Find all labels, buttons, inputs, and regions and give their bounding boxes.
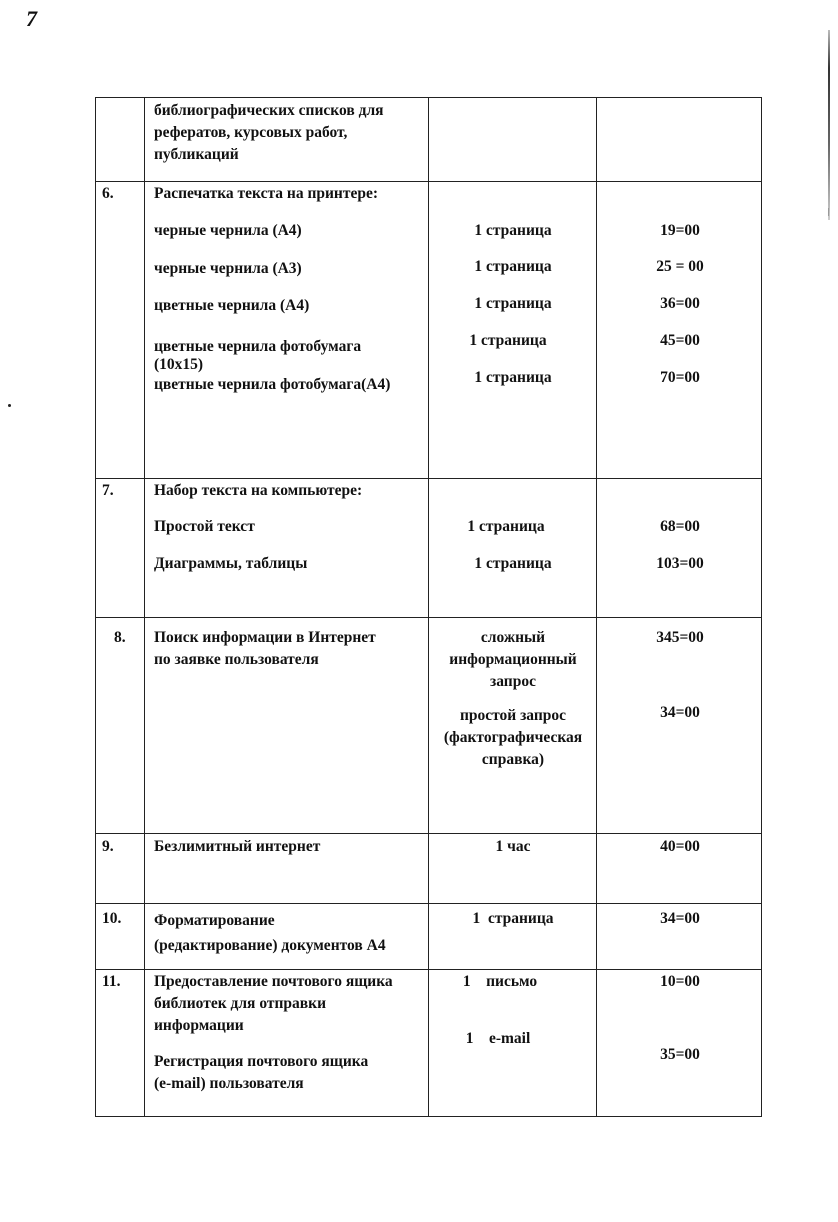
item-unit: 1 e-mail — [414, 1028, 582, 1050]
item-price: 40=00 — [597, 836, 763, 858]
row-divider — [96, 181, 761, 182]
item-desc: цветные чернила фотобумага(А4) — [154, 374, 390, 396]
table-row-continuation-desc: библиографических списков для рефератов,… — [154, 100, 384, 166]
col-divider-3 — [596, 98, 597, 1116]
page-mark: 7 — [26, 6, 37, 32]
desc-line: рефератов, курсовых работ, — [154, 122, 384, 144]
item-desc: цветные чернила фотобумага (10х15) — [154, 338, 361, 374]
item-price: 68=00 — [597, 516, 763, 538]
item-unit: 1 час — [429, 836, 597, 858]
item-unit: 1 страница — [424, 330, 592, 352]
row-number: 11. — [102, 971, 121, 993]
item-price: 70=00 — [597, 367, 763, 389]
item-price: 36=00 — [597, 293, 763, 315]
item-unit: 1 страница — [422, 516, 590, 538]
item-price: 34=00 — [597, 702, 763, 724]
item-desc: Диаграммы, таблицы — [154, 553, 307, 575]
unit-line: (фактографическая — [429, 727, 597, 749]
unit-line: справка) — [429, 749, 597, 771]
desc-line: Форматирование — [154, 908, 386, 933]
desc-line: цветные чернила фотобумага — [154, 338, 361, 356]
desc-line: по заявке пользователя — [154, 649, 376, 671]
row-number: 8. — [114, 627, 126, 649]
item-price: 345=00 — [597, 627, 763, 649]
row-number: 7. — [102, 480, 114, 502]
item-desc: черные чернила (А3) — [154, 258, 302, 280]
item-price: 10=00 — [597, 971, 763, 993]
row-divider — [96, 969, 761, 970]
scan-edge-line — [828, 30, 830, 220]
price-table: библиографических списков для рефератов,… — [95, 97, 762, 1117]
desc-line: Предоставление почтового ящика — [154, 971, 393, 993]
unit-line: сложный — [429, 627, 597, 649]
item-price: 103=00 — [597, 553, 763, 575]
unit-line: информационный — [429, 649, 597, 671]
item-price: 35=00 — [597, 1044, 763, 1066]
item-price: 34=00 — [597, 908, 763, 930]
item-unit: 1 страница — [429, 553, 597, 575]
item-unit: 1 страница — [429, 220, 597, 242]
item-price: 19=00 — [597, 220, 763, 242]
item-unit: 1 страница — [429, 293, 597, 315]
item-unit: 1 страница — [429, 256, 597, 278]
item-desc: Регистрация почтового ящика (e-mail) пол… — [154, 1051, 368, 1095]
desc-line: (10х15) — [154, 356, 361, 374]
row-desc: Форматирование (редактирование) документ… — [154, 908, 386, 958]
desc-line: (e-mail) пользователя — [154, 1073, 368, 1095]
row-desc: Поиск информации в Интернет по заявке по… — [154, 627, 376, 671]
row-divider — [96, 833, 761, 834]
document-page: 7 библиографических списков для реферато… — [0, 0, 838, 1222]
desc-line: публикаций — [154, 144, 384, 166]
desc-line: (редактирование) документов А4 — [154, 933, 386, 958]
row-number: 10. — [102, 908, 121, 930]
item-desc: черные чернила (А4) — [154, 220, 302, 242]
scan-speck — [8, 404, 11, 407]
item-price: 25 = 00 — [597, 256, 763, 278]
row-divider — [96, 478, 761, 479]
item-unit: простой запрос (фактографическая справка… — [429, 705, 597, 771]
row-number: 9. — [102, 836, 114, 858]
item-price: 45=00 — [597, 330, 763, 352]
item-unit: сложный информационный запрос — [429, 627, 597, 693]
item-desc: Простой текст — [154, 516, 255, 538]
desc-line: информации — [154, 1015, 393, 1037]
item-unit: 1 страница — [429, 367, 597, 389]
row-title: Распечатка текста на принтере: — [154, 183, 378, 205]
col-divider-1 — [144, 98, 145, 1116]
item-unit: 1 страница — [429, 908, 597, 930]
desc-line: библиографических списков для — [154, 100, 384, 122]
col-divider-2 — [428, 98, 429, 1116]
item-desc: цветные чернила (А4) — [154, 295, 309, 317]
row-divider — [96, 903, 761, 904]
unit-line: простой запрос — [429, 705, 597, 727]
item-desc: Предоставление почтового ящика библиотек… — [154, 971, 393, 1037]
item-unit: 1 письмо — [416, 971, 584, 993]
row-number: 6. — [102, 183, 114, 205]
row-desc: Безлимитный интернет — [154, 836, 320, 858]
row-divider — [96, 617, 761, 618]
desc-line: Регистрация почтового ящика — [154, 1051, 368, 1073]
desc-line: Поиск информации в Интернет — [154, 627, 376, 649]
desc-line: библиотек для отправки — [154, 993, 393, 1015]
row-title: Набор текста на компьютере: — [154, 480, 362, 502]
scan-edge-tick — [828, 208, 829, 216]
unit-line: запрос — [429, 671, 597, 693]
